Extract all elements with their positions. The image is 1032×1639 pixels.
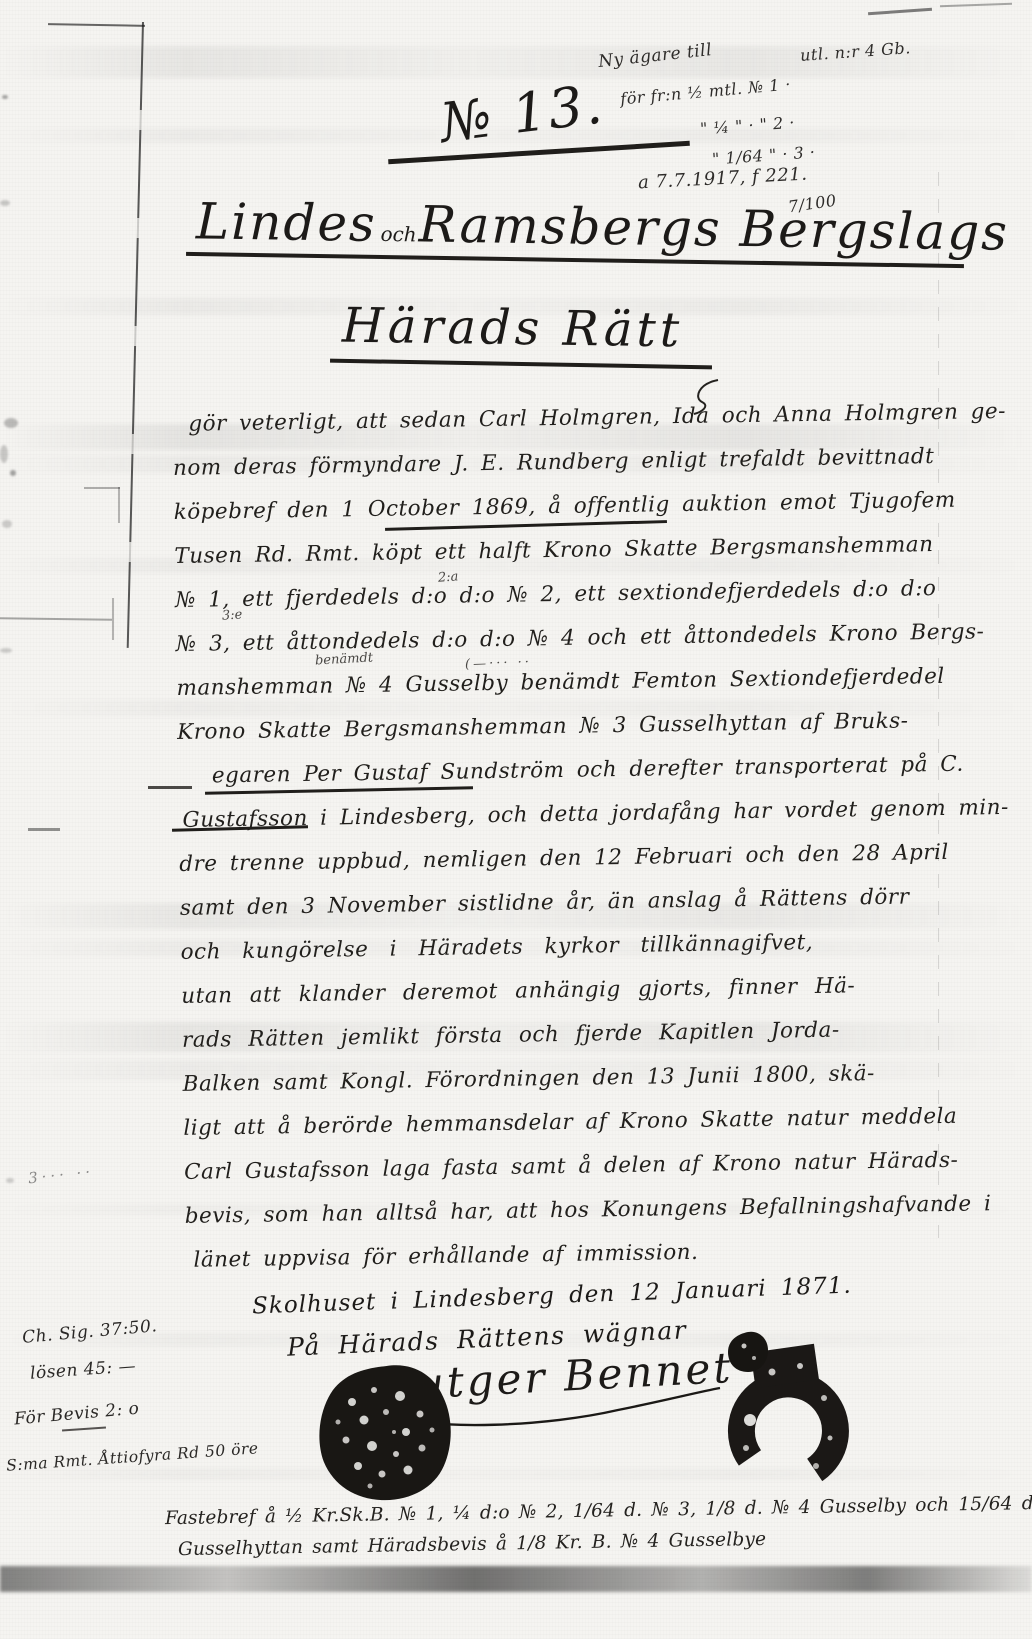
court-title-part2: Ramsbergs Bergslags — [418, 195, 1009, 261]
scan-noise — [10, 470, 16, 476]
top-annotation-share-2: " ¼ " · " 2 · — [699, 113, 795, 139]
scan-noise — [2, 520, 12, 528]
scan-box-artifact — [84, 487, 120, 489]
scan-line-artifact — [48, 23, 145, 27]
margin-fee-losen: lösen 45: — — [29, 1356, 136, 1383]
top-annotation-share-1: för fr:n ½ mtl. № 1 · — [619, 75, 791, 109]
scan-noise — [0, 200, 10, 206]
top-annotation-date: a 7.7.1917, f 221. — [638, 164, 808, 194]
margin-dash-artifact — [28, 828, 60, 831]
scan-line-artifact — [868, 8, 932, 15]
margin-fee-charta: Ch. Sig. 37:50. — [21, 1316, 158, 1348]
top-annotation-ref: utl. n:r 4 Gb. — [799, 38, 911, 65]
court-title-underline-2 — [330, 359, 712, 370]
scanned-document-page: Ny ägare till utl. n:r 4 Gb. för fr:n ½ … — [0, 0, 1032, 1639]
scan-noise — [4, 418, 18, 428]
margin-fee-bevis: För Bevis 2: o — [13, 1399, 140, 1430]
document-number: № 13. — [437, 72, 608, 155]
court-title-line2: Härads Rätt — [342, 298, 684, 359]
scan-noise — [0, 445, 8, 463]
interlinear-note: benämdt — [315, 650, 374, 668]
bottom-smudge-artifact — [0, 1566, 1032, 1592]
fold-line-artifact — [127, 22, 144, 648]
scan-noise — [0, 648, 12, 653]
interlinear-note: 2:a — [438, 569, 459, 585]
interlinear-note: (—··· ·· — [465, 655, 532, 672]
ink-dot-seal — [726, 1330, 770, 1374]
margin-fee-bevis-underline — [62, 1426, 106, 1431]
bottom-note-line2: Gusselhyttan samt Häradsbevis å 1/8 Kr. … — [178, 1529, 767, 1560]
scan-box-artifact — [0, 617, 112, 621]
underline-lead-dash — [148, 786, 192, 789]
scan-box-artifact — [118, 487, 120, 523]
margin-note-faint: 3··· ·· — [27, 1163, 95, 1188]
photocopy-streak — [0, 1468, 1032, 1480]
scan-box-artifact — [112, 598, 114, 640]
scan-noise — [2, 95, 8, 99]
interlinear-note: 3:e — [222, 607, 243, 623]
document-number-underline — [388, 141, 690, 164]
scan-line-artifact — [940, 3, 1012, 8]
ink-seal-stamp-left — [312, 1362, 458, 1502]
scan-noise — [6, 1178, 14, 1183]
court-title-conjunction: och — [380, 222, 416, 247]
bottom-note-line1: Fastebref å ½ Kr.Sk.B. № 1, ¼ d:o № 2, 1… — [165, 1492, 1032, 1529]
court-title-part1: Lindes — [196, 192, 377, 253]
top-annotation-owner: Ny ägare till — [597, 40, 713, 72]
court-title-line1: LindesochRamsbergs Bergslags — [196, 192, 1010, 261]
margin-fee-summa: S:ma Rmt. Åttiofyra Rd 50 öre — [6, 1439, 259, 1475]
